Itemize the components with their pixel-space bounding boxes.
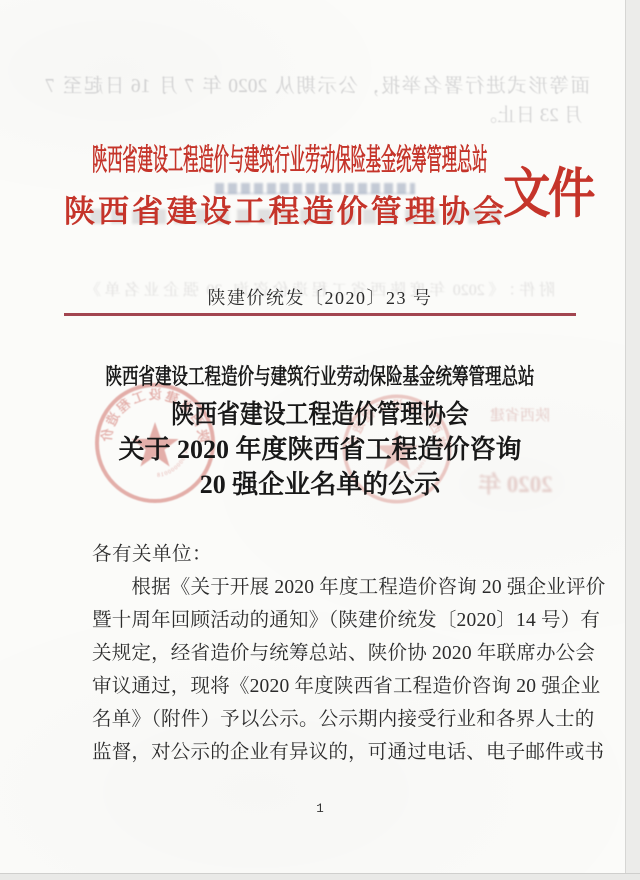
bleed-through-text-line-2: 月 23 日止。 xyxy=(478,100,583,127)
scan-page-right-edge xyxy=(625,0,640,880)
title-line-2-text: 陕西省建设工程造价管理协会 xyxy=(171,394,468,431)
title-line-3: 关于 2020 年度陕西省工程造价咨询 xyxy=(0,429,640,466)
document-reference-number: 陕建价统发〔2020〕23 号 xyxy=(0,284,640,310)
body-text-line: 审议通过，现将《2020 年度陕西省工程造价咨询 20 强企业 xyxy=(92,670,554,698)
body-text-line: 暨十周年回顾活动的通知》（陕建价统发〔2020〕14 号）有 xyxy=(92,604,554,632)
title-line-4-text: 20 强企业名单的公示 xyxy=(200,464,441,501)
letterhead-org-line-2: 陕西省建设工程造价管理协会 xyxy=(64,195,504,228)
bleed-through-underlined-fragment xyxy=(215,183,415,194)
title-line-2: 陕西省建设工程造价管理协会 xyxy=(0,394,640,431)
title-line-1-text: 陕西省建设工程造价与建筑行业劳动保险基金统筹管理总站 xyxy=(105,360,534,391)
body-text-line: 监督，对公示的企业有异议的，可通过电话、电子邮件或书 xyxy=(92,736,554,764)
letterhead-document-word: 文件 xyxy=(503,166,593,222)
body-text-line: 名单》（附件）予以公示。公示期内接受行业和各界人士的 xyxy=(92,703,554,731)
salutation: 各有关单位： xyxy=(92,538,212,566)
title-line-1: 陕西省建设工程造价与建筑行业劳动保险基金统筹管理总站 xyxy=(0,360,640,391)
title-line-3-text: 关于 2020 年度陕西省工程造价咨询 xyxy=(118,429,521,466)
title-line-4: 20 强企业名单的公示 xyxy=(0,464,640,501)
body-text-line: 根据《关于开展 2020 年度工程造价咨询 20 强企业评价 xyxy=(92,571,554,599)
letterhead-divider-rule xyxy=(64,313,576,316)
scanned-document-page: 面等形式进行署名举报，公示期从 2020 年 7 月 16 日起至 7 月 23… xyxy=(0,0,640,880)
page-number: 1 xyxy=(0,802,640,816)
letterhead-org-line-1: 陕西省建设工程造价与建筑行业劳动保险基金统筹管理总站 xyxy=(92,145,487,177)
scan-page-bottom-edge xyxy=(0,873,640,880)
bleed-through-text-line-1: 面等形式进行署名举报，公示期从 2020 年 7 月 16 日起至 7 xyxy=(45,70,590,98)
body-text-line: 关规定，经省造价与统筹总站、陕价协 2020 年联席办公会 xyxy=(92,637,554,665)
